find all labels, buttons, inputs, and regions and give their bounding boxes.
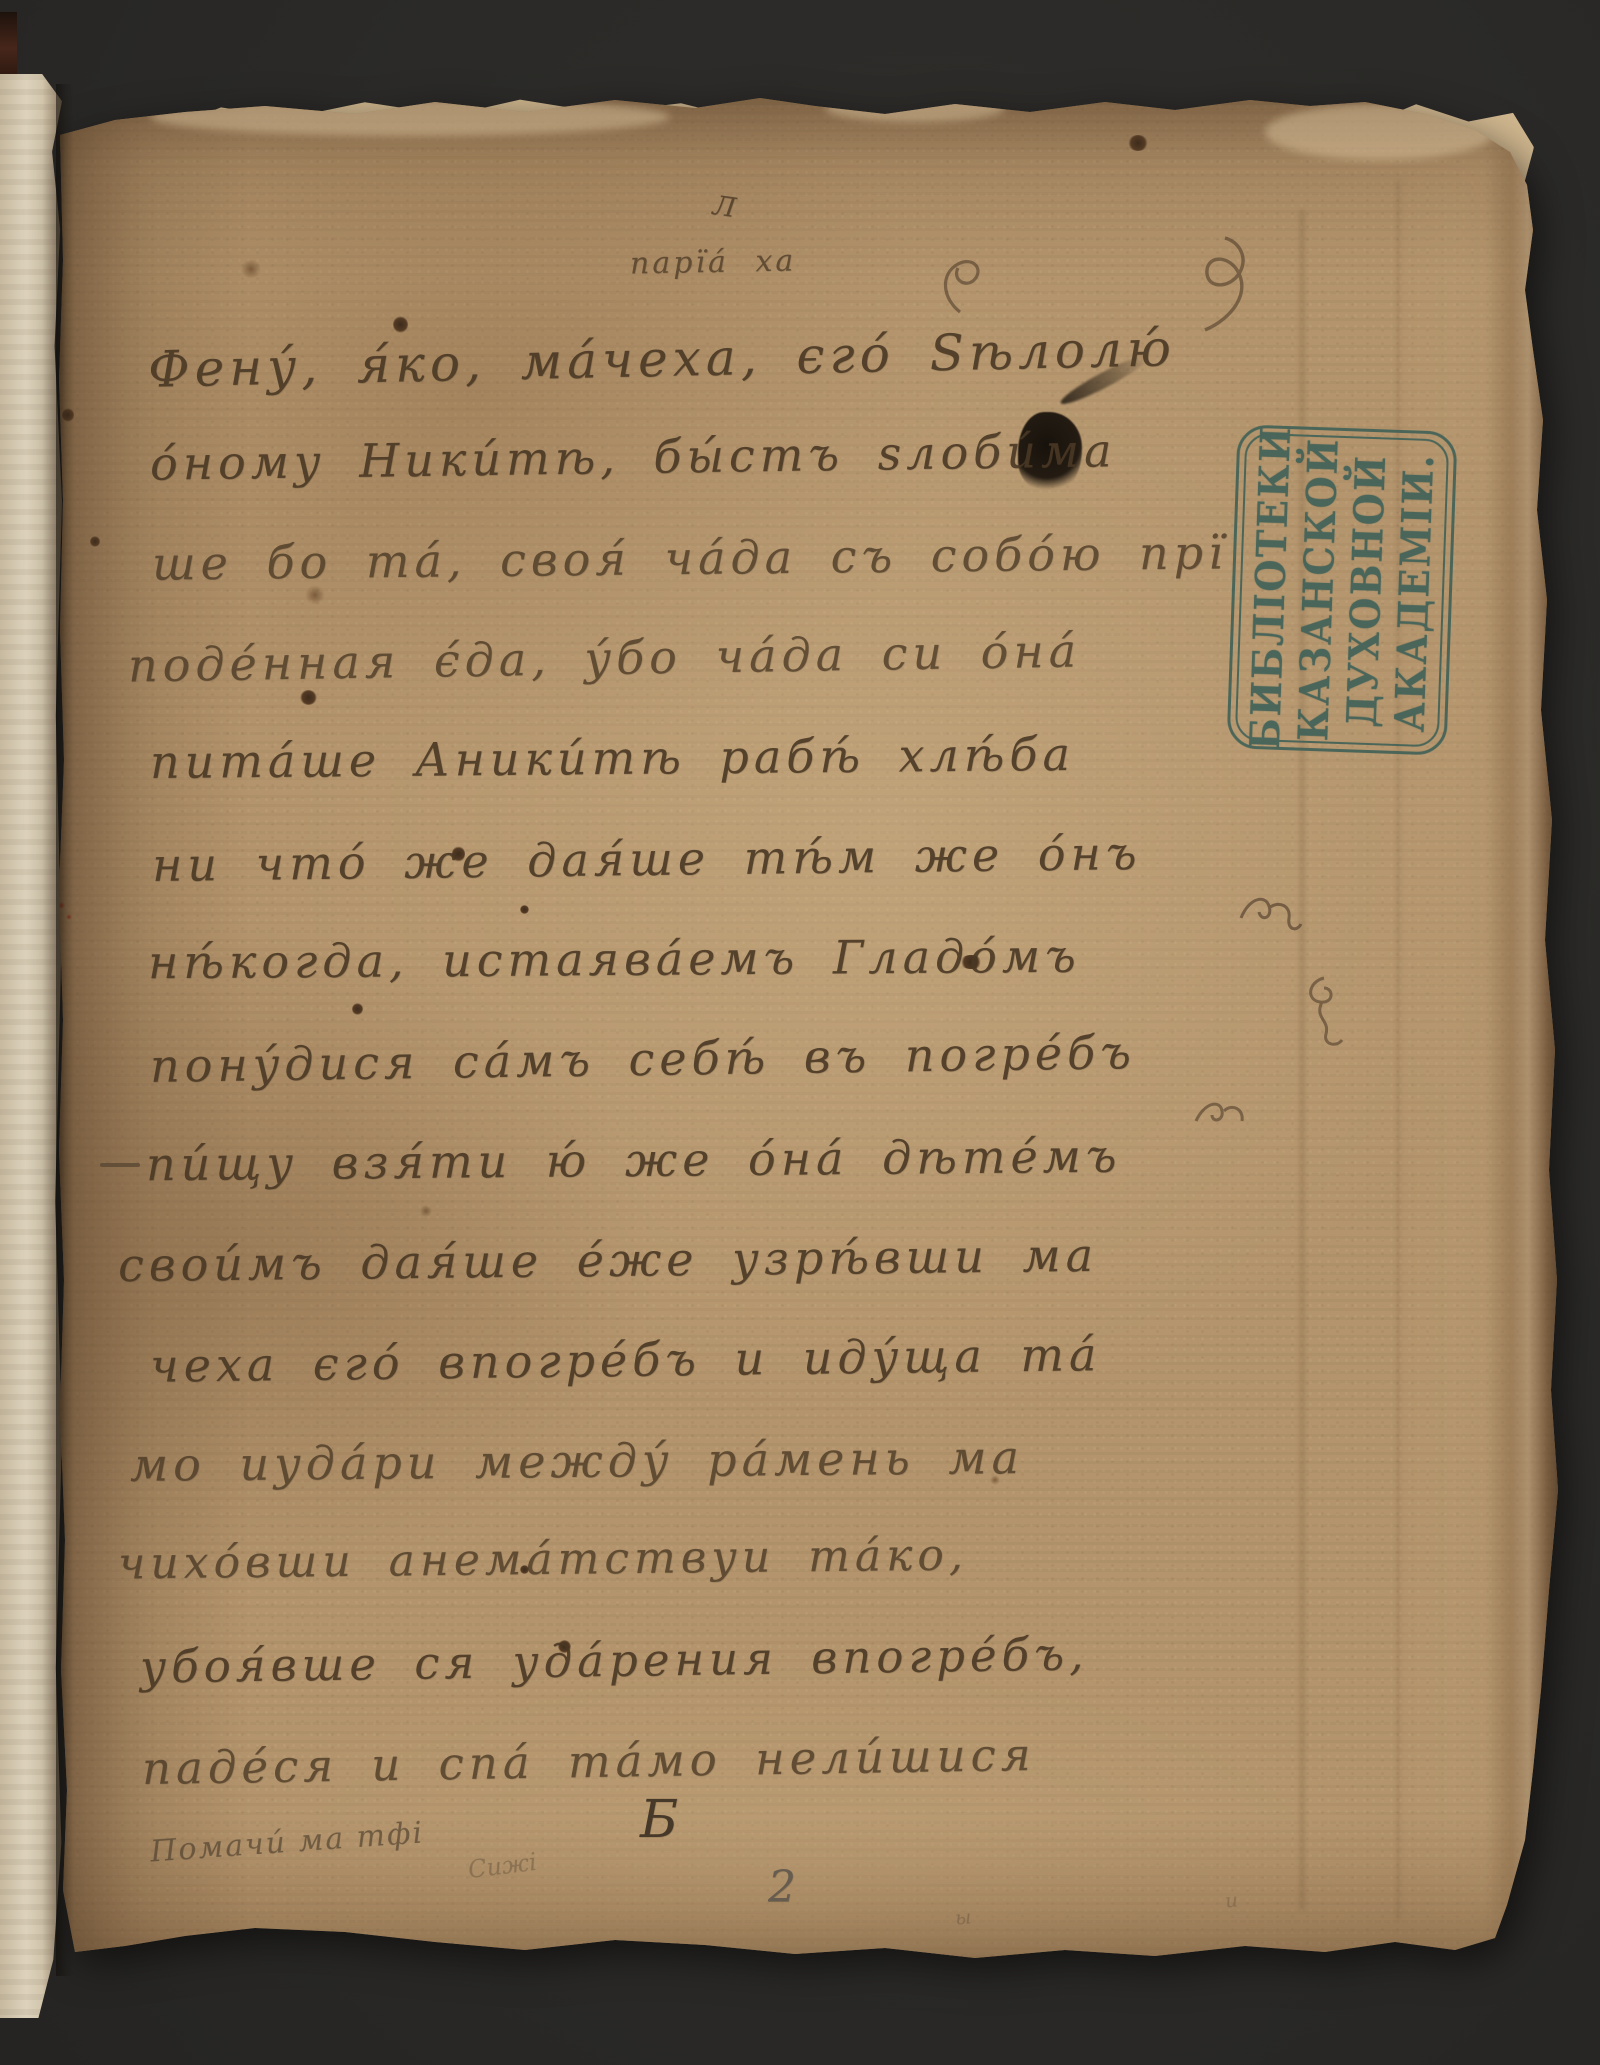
gutter-shadow — [56, 84, 74, 1976]
flourish-icon — [1188, 1085, 1250, 1137]
manuscript-page: Л парїа́ ха Фену́, я́ко, ма́чеха, єго́ Ѕ… — [55, 90, 1560, 1968]
manuscript-line: мо иуда́ри между́ ра́мень ма — [130, 1430, 1024, 1492]
manuscript-line: свои́мъ дая́ше е́же узрѣ́вши ма — [118, 1228, 1099, 1292]
manuscript-line: пи́щу взя́ти ю́ же о́на́ дѣте́мъ — [146, 1129, 1122, 1192]
ink-spot — [520, 905, 529, 914]
flourish-icon — [1185, 230, 1265, 340]
manuscript-line: убоя́вше ся уда́рения впогре́бъ, — [140, 1627, 1089, 1693]
flourish-icon — [1290, 972, 1360, 1056]
marginal-scribble: и — [1224, 1887, 1239, 1912]
manuscript-line: паде́ся и спа́ та́мо нели́шися — [142, 1728, 1036, 1795]
manuscript-line: пита́ше Аники́тѣ рабѣ́ хлѣ́ба — [150, 727, 1075, 789]
ink-spot — [393, 316, 408, 333]
right-torn-edge-shading — [1490, 150, 1560, 1910]
manuscript-line: пону́дися са́мъ себѣ́ въ погре́бъ — [150, 1025, 1137, 1093]
book-spine-sliver — [0, 12, 17, 78]
manuscript-line: ше бо та́, своя́ ча́да съ собо́ю прї — [152, 525, 1228, 590]
quire-mark: Б — [640, 1790, 678, 1850]
marginalia-note-small: Сижі — [467, 1848, 539, 1884]
gathering-note: парїа́ ха — [630, 244, 797, 282]
stain-spot — [240, 260, 262, 278]
book-block-edge — [0, 74, 62, 2018]
paper-loss-patch — [1265, 104, 1495, 160]
manuscript-line: нѣ́когда, истаява́емъ Гладо́мъ — [148, 929, 1081, 990]
paper-loss-patch — [825, 94, 1005, 122]
page-wrapper: Л парїа́ ха Фену́, я́ко, ма́чеха, єго́ Ѕ… — [55, 90, 1560, 1968]
library-stamp-frame: БИБЛІОТЕКИ КАЗАНСКОЙ ДУХОВНОЙ АКАДЕМІИ. — [1226, 424, 1457, 755]
ink-spot — [300, 690, 317, 705]
marginal-scribble: ы — [954, 1904, 972, 1929]
corner-mark: Л — [711, 190, 743, 225]
ink-spot — [1128, 135, 1148, 151]
manuscript-line: чихо́вши анема́тствуи та́ко, — [118, 1530, 968, 1590]
flourish-icon — [930, 240, 990, 320]
flourish-icon — [1235, 878, 1305, 940]
manuscript-scan: Л парїа́ ха Фену́, я́ко, ма́чеха, єго́ Ѕ… — [0, 0, 1600, 2065]
manuscript-line: о́ному Ники́тѣ, бы́стъ ѕлоби́ма — [150, 423, 1117, 490]
ink-spot — [90, 536, 100, 547]
manuscript-line: поде́нная є́да, у́бо ча́да си о́на́ — [128, 624, 1082, 693]
ink-spot — [352, 1003, 363, 1015]
margin-dash-mark — [100, 1163, 140, 1167]
stamp-text-line: АКАДЕМІИ. — [1382, 452, 1445, 733]
page-number: 2 — [768, 1862, 796, 1913]
paper-loss-patch — [150, 98, 670, 136]
stain-spot — [420, 1205, 432, 1217]
marginalia-note: Помачи́ ма тфі — [149, 1815, 425, 1869]
library-stamp: БИБЛІОТЕКИ КАЗАНСКОЙ ДУХОВНОЙ АКАДЕМІИ. — [1232, 428, 1452, 752]
manuscript-line: чеха єго́ впогре́бъ и иду́ща та́ — [150, 1327, 1102, 1393]
manuscript-line: ни что́ же дая́ше тѣ́м же о́нъ — [152, 826, 1142, 892]
manuscript-line: Фену́, я́ко, ма́чеха, єго́ Ѕѣлолю́ — [148, 319, 1177, 399]
